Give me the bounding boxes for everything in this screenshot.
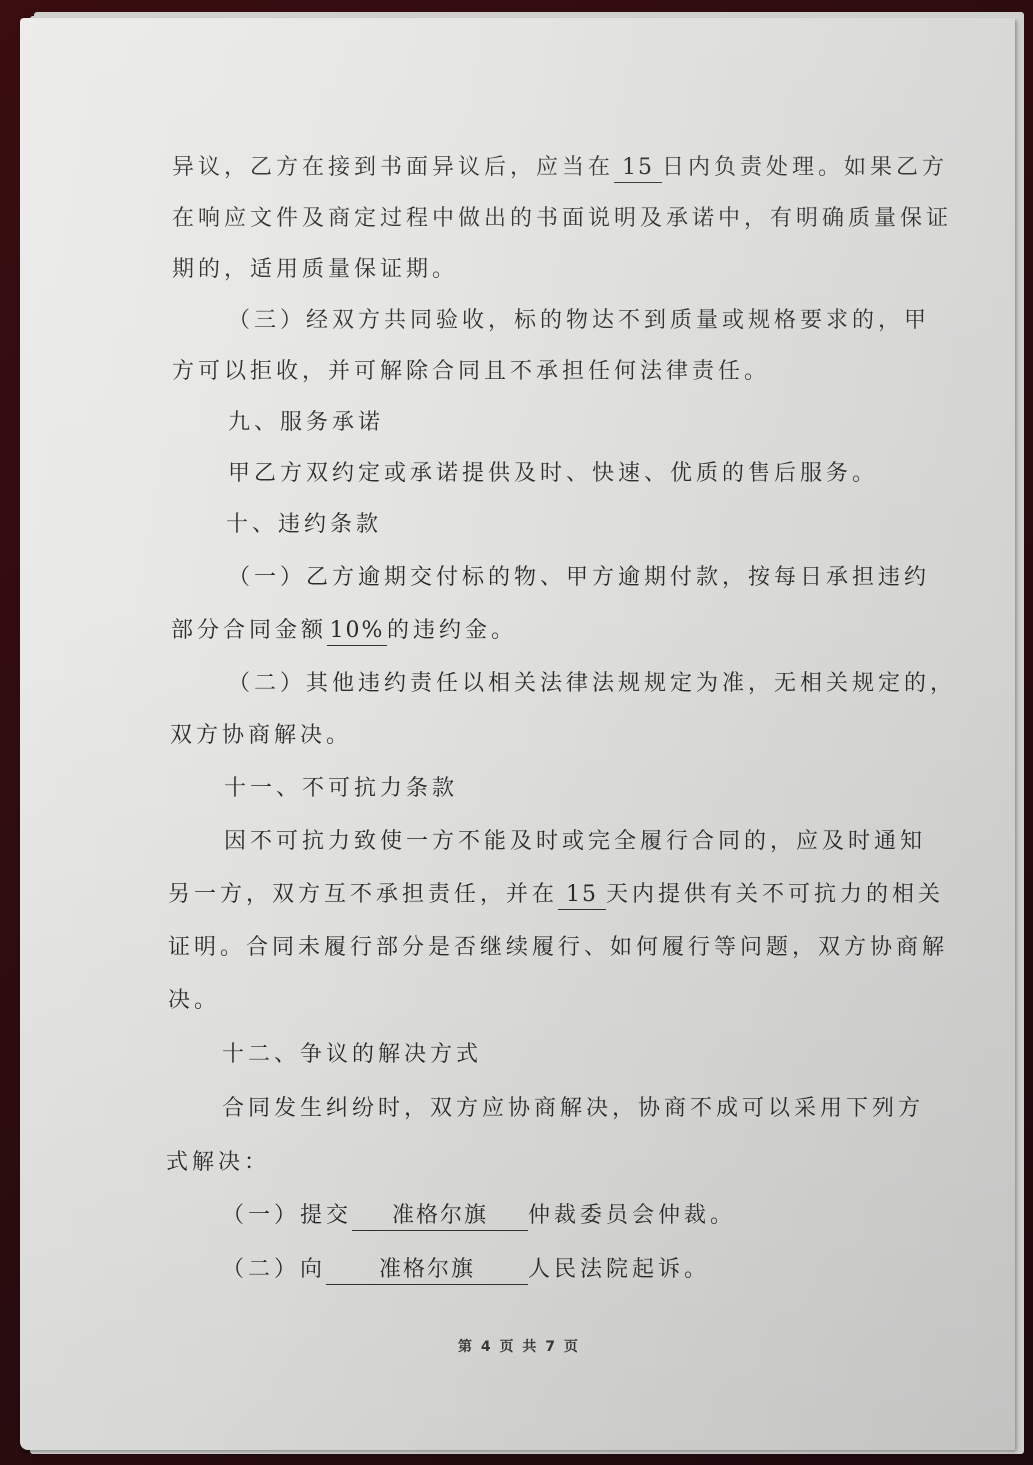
text: 部分合同金额 (171, 618, 327, 643)
paragraph-line: 甲乙方双约定或承诺提供及时、快速、优质的售后服务。 (228, 459, 878, 489)
section-heading-9: 九、服务承诺 (228, 408, 384, 438)
text: 异议，乙方在接到书面异议后，应当在 (172, 155, 614, 180)
paragraph-line: （二）其他违约责任以相关法律法规规定为准，无相关规定的， (228, 669, 956, 699)
contract-page: 异议，乙方在接到书面异议后，应当在15日内负责处理。如果乙方 在响应文件及商定过… (20, 18, 1015, 1450)
text: （二）向 (222, 1257, 326, 1282)
paragraph-line: 双方协商解决。 (170, 721, 352, 751)
paragraph-line: 决。 (168, 986, 220, 1016)
paragraph-line: 期的，适用质量保证期。 (172, 255, 458, 285)
section-heading-11: 十一、不可抗力条款 (224, 774, 458, 804)
page-number: 第 4 页 共 7 页 (458, 1336, 580, 1356)
fill-in-arbitration-body: 准格尔旗 (352, 1202, 528, 1231)
fill-in-court: 准格尔旗 (326, 1256, 528, 1285)
paragraph-line: 证明。合同未履行部分是否继续履行、如何履行等问题，双方协商解 (168, 933, 948, 963)
paragraph-line: 在响应文件及商定过程中做出的书面说明及承诺中，有明确质量保证 (172, 204, 952, 234)
paragraph-line: 方可以拒收，并可解除合同且不承担任何法律责任。 (172, 357, 770, 387)
paragraph-line: 异议，乙方在接到书面异议后，应当在15日内负责处理。如果乙方 (172, 153, 948, 183)
text: 仲裁委员会仲裁。 (528, 1203, 736, 1228)
section-heading-12: 十二、争议的解决方式 (222, 1040, 482, 1070)
text: 日内负责处理。如果乙方 (662, 155, 948, 180)
paragraph-line: （三）经双方共同验收，标的物达不到质量或规格要求的，甲 (228, 306, 930, 336)
text: 人民法院起诉。 (528, 1257, 710, 1282)
text: 天内提供有关不可抗力的相关 (606, 882, 944, 907)
paragraph-line: 部分合同金额10%的违约金。 (171, 616, 517, 646)
text: （一）提交 (222, 1203, 352, 1228)
paragraph-line: （二）向准格尔旗人民法院起诉。 (222, 1255, 710, 1285)
fill-in-penalty-rate: 10% (327, 617, 387, 646)
paragraph-line: 合同发生纠纷时，双方应协商解决，协商不成可以采用下列方 (222, 1094, 924, 1124)
text: 另一方，双方互不承担责任，并在 (168, 882, 558, 907)
paragraph-line: 另一方，双方互不承担责任，并在15天内提供有关不可抗力的相关 (168, 880, 944, 910)
fill-in-days: 15 (614, 154, 662, 183)
paragraph-line: 式解决： (166, 1148, 270, 1178)
section-heading-10: 十、违约条款 (226, 510, 382, 540)
paragraph-line: 因不可抗力致使一方不能及时或完全履行合同的，应及时通知 (224, 827, 926, 857)
paragraph-line: （一）提交准格尔旗仲裁委员会仲裁。 (222, 1201, 736, 1231)
text: 的违约金。 (387, 618, 517, 643)
fill-in-days: 15 (558, 881, 606, 910)
paragraph-line: （一）乙方逾期交付标的物、甲方逾期付款，按每日承担违约 (228, 563, 930, 593)
